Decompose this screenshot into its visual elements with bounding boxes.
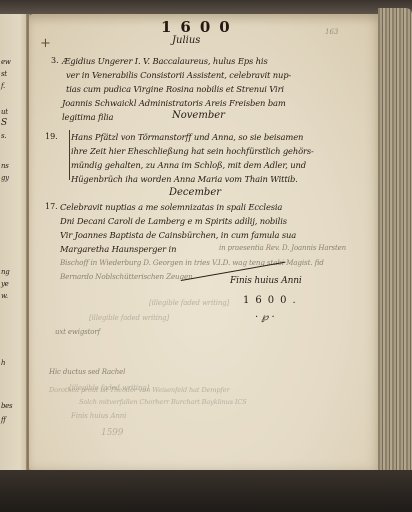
- entry-day: 19.: [45, 132, 58, 141]
- faded-text: [illegible faded writing]: [149, 299, 229, 307]
- folio-number: 163: [325, 28, 338, 36]
- faded-text: Dorothea prout ist Theodor von Weisenfel…: [49, 386, 229, 394]
- margin-fragment: w.: [1, 292, 8, 300]
- margin-fragment: f.: [1, 82, 5, 90]
- margin-fragment: ns: [1, 162, 9, 170]
- margin-fragment: st: [1, 70, 7, 78]
- entry-line: mündig gehalten, zu Anna im Schloß, mit …: [71, 160, 306, 170]
- faded-text: 1599: [101, 428, 123, 438]
- month-heading-november: November: [172, 110, 225, 121]
- margin-fragment: ut: [1, 108, 8, 116]
- entry-line: ihre Zeit hier Eheschließung hat sein ho…: [71, 146, 314, 156]
- margin-fragment: ew: [1, 58, 11, 66]
- book-bottom-shadow: [0, 470, 412, 512]
- right-page: 163 + 1600 Julius 3. Ægidius Ungerer I. …: [29, 14, 381, 470]
- margin-fragment: s.: [1, 132, 6, 140]
- closing-paraph: · ℘ ·: [255, 312, 275, 323]
- faded-text: uxt ewigstorf: [55, 328, 100, 336]
- year-heading: 1600: [161, 18, 239, 36]
- margin-fragment: ff: [1, 416, 6, 424]
- closing-text: Finis huius Anni: [230, 276, 302, 286]
- margin-fragment: gy: [1, 174, 9, 182]
- entry-line: Hans Pfätzl von Törmanstorff und Anna, s…: [71, 132, 303, 142]
- entry-bracket: [69, 130, 70, 180]
- entry-line: Hügenbrüch iha worden Anna Maria vom Tha…: [71, 174, 298, 184]
- annotation-line: in praesentia Rev. D. Joannis Harsten: [219, 244, 346, 252]
- margin-fragment: h: [1, 359, 5, 367]
- entry-line: Celebravit nuptias a me solemnizatas in …: [60, 202, 282, 212]
- faded-text: Finis huius Anni: [71, 412, 126, 420]
- entry-line: Joannis Schwaickl Administratoris Areis …: [62, 98, 286, 108]
- left-page: ew st f. ut S s. ns gy ng ye w. h bes ff: [0, 14, 28, 484]
- month-heading-julius: Julius: [172, 35, 200, 46]
- entry-day: 17.: [45, 202, 58, 211]
- entry-day: 3.: [51, 56, 59, 65]
- entry-line: Margaretha Haunsperger in: [60, 244, 176, 254]
- margin-fragment: ng: [1, 268, 9, 276]
- margin-fragment: bes: [1, 402, 12, 410]
- margin-fragment: ye: [1, 280, 9, 288]
- closing-year: 1600.: [243, 295, 302, 306]
- entry-line: tias cum pudica Virgine Rosina nobilis e…: [66, 84, 284, 94]
- annotation-line: Bernardo Noblschütterischen Zeugen: [60, 272, 193, 281]
- month-heading-december: December: [169, 187, 221, 198]
- entry-line: Ægidius Ungerer I. V. Baccalaureus, hulu…: [62, 56, 268, 66]
- margin-cross: +: [40, 36, 51, 51]
- margin-fragment: S: [1, 118, 7, 128]
- faded-text: Hic ductus sed Rachel: [49, 368, 125, 376]
- page-edges: [378, 8, 412, 498]
- entry-line: Vir Joannes Baptista de Cainsbürchen, in…: [60, 230, 296, 240]
- entry-line: legitima filia: [62, 112, 113, 122]
- faded-text: Solch mitverfallen Chorherr Burchart Bay…: [79, 398, 247, 406]
- entry-line: Dni Decani Caroli de Lamberg e m Spirits…: [60, 216, 287, 226]
- entry-line: ver in Venerabilis Consistorii Assistent…: [66, 70, 291, 80]
- faded-text: [illegible faded writing]: [89, 314, 169, 322]
